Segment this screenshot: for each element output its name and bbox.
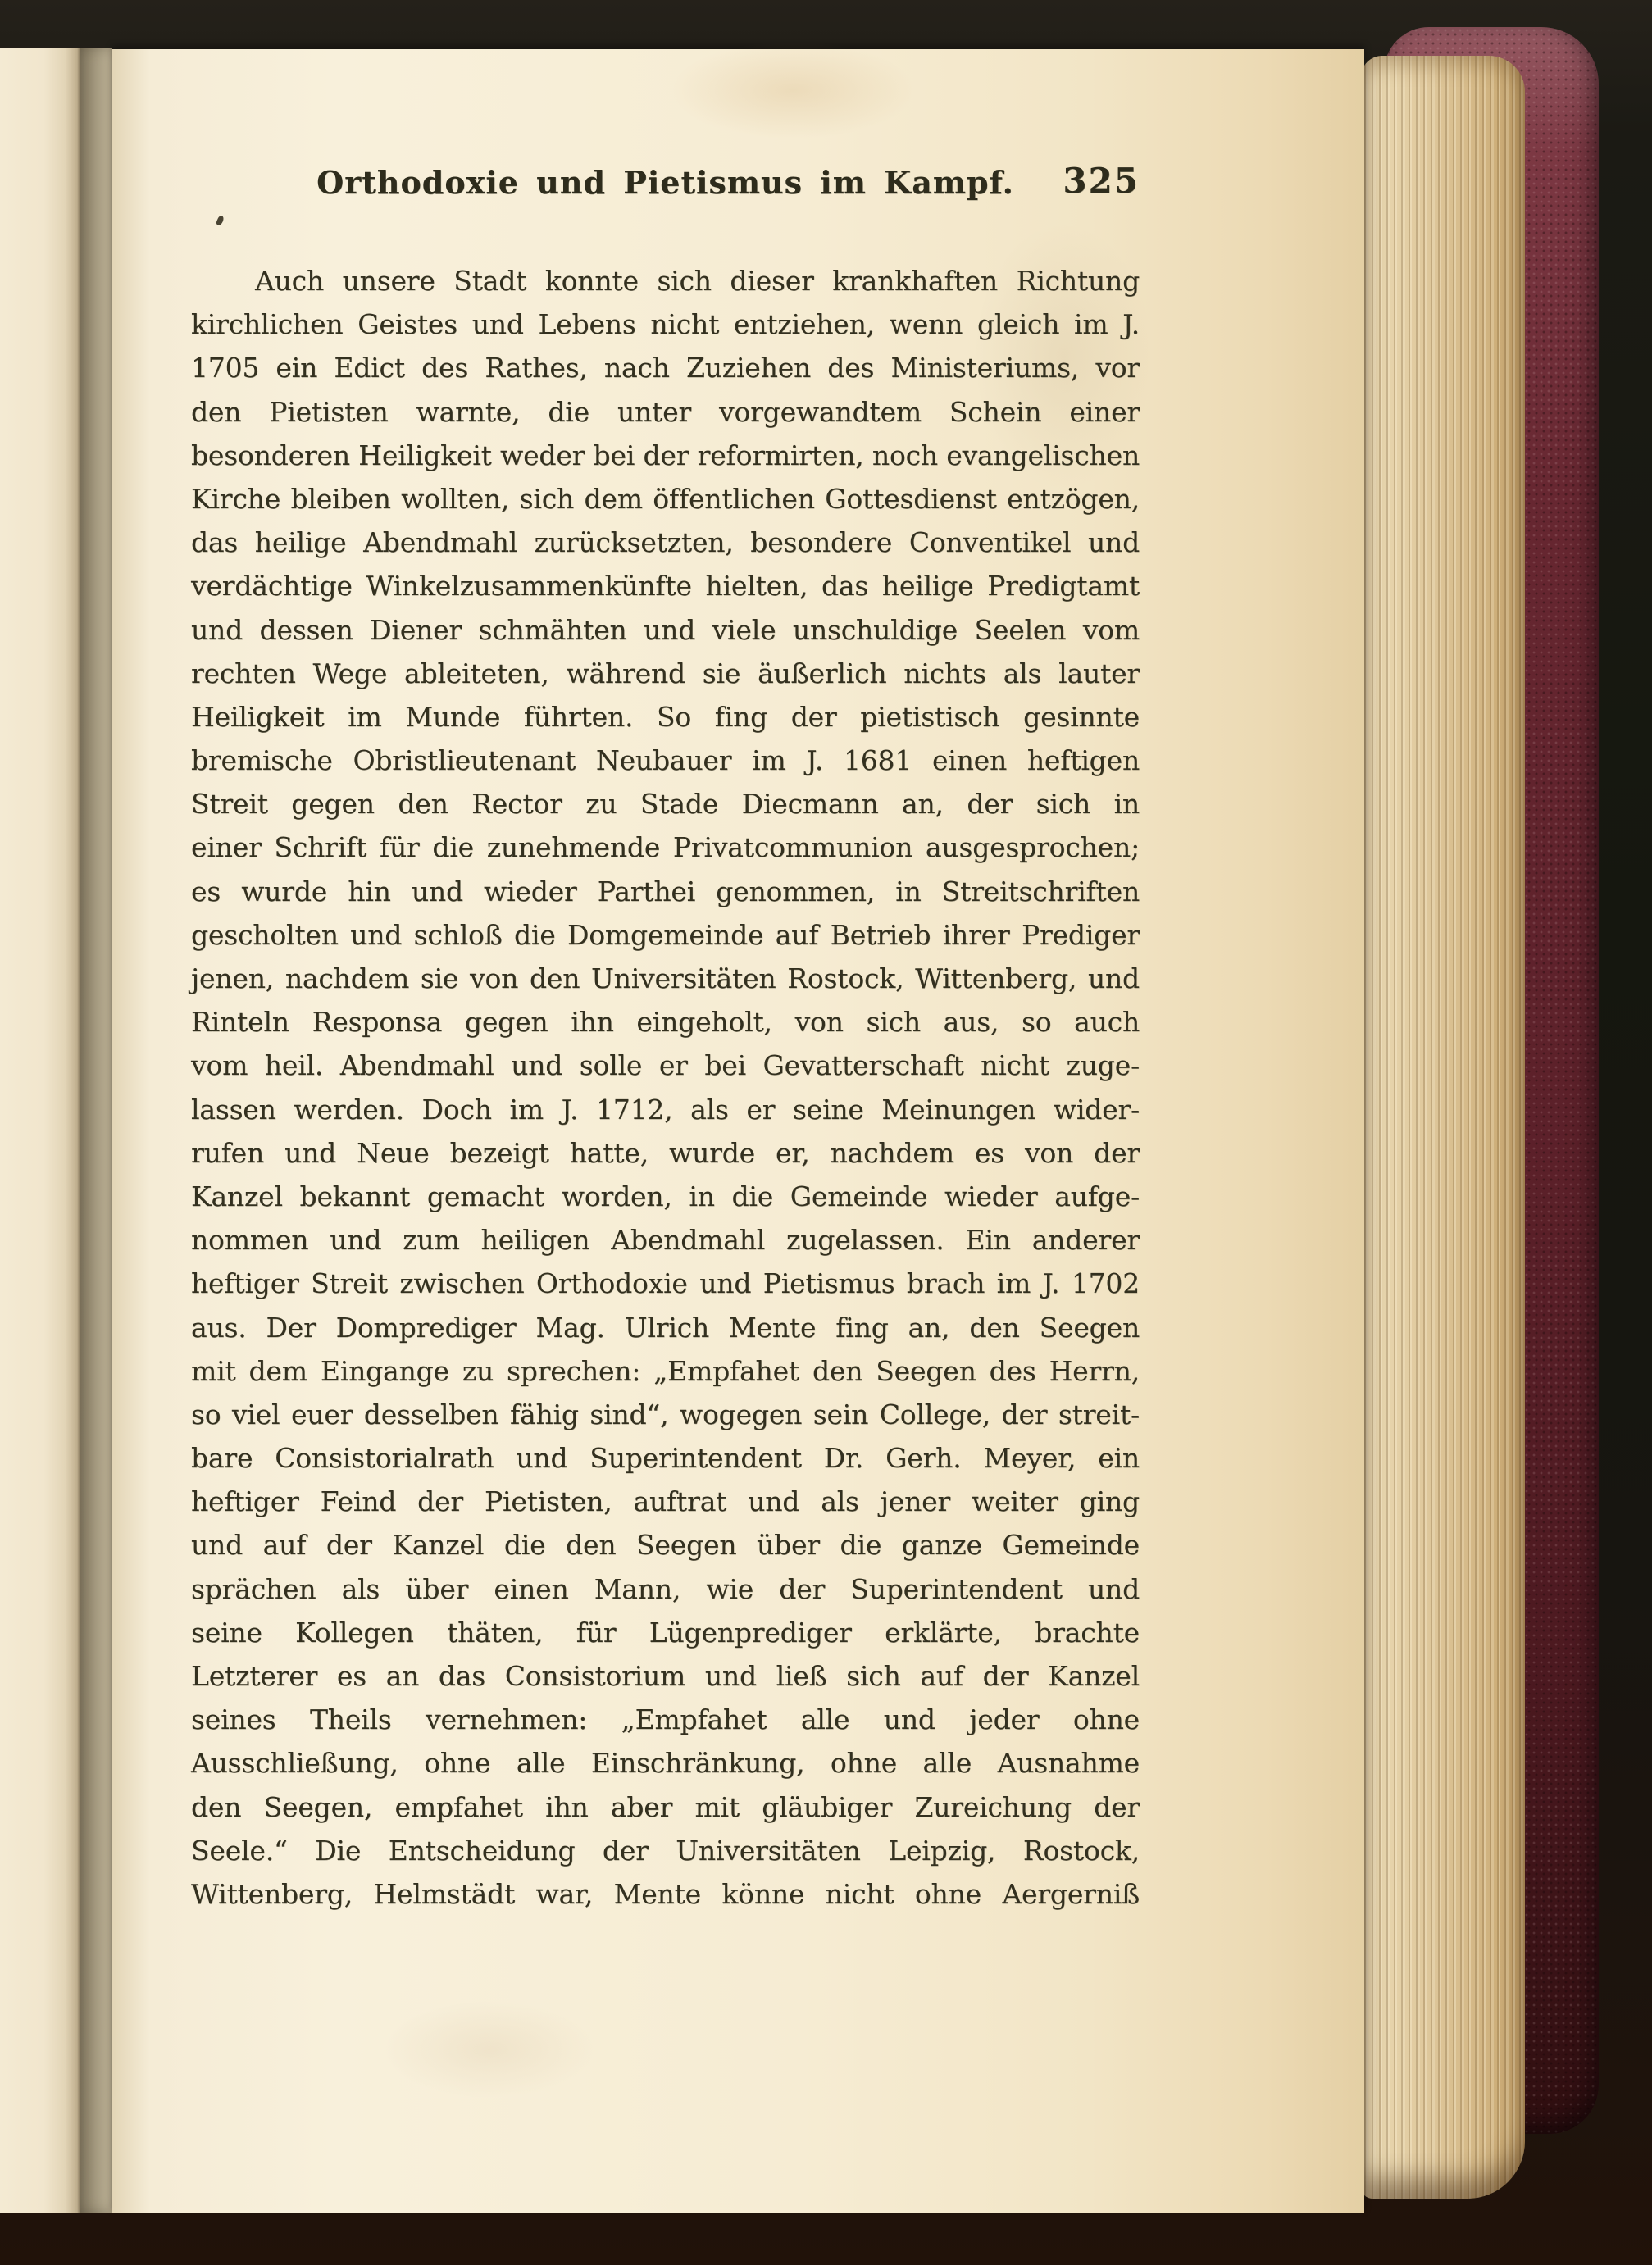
running-header: Orthodoxie und Pietismus im Kampf. 325 xyxy=(191,164,1140,213)
text-line: heftiger Feind der Pietisten, auftrat un… xyxy=(191,1480,1140,1523)
text-line: Rinteln Responsa gegen ihn eingeholt, vo… xyxy=(191,1000,1140,1044)
text-line: besonderen Heiligkeit weder bei der refo… xyxy=(191,434,1140,477)
text-line: seines Theils vernehmen: „Empfahet alle … xyxy=(191,1698,1140,1741)
text-line: Seele.“ Die Entscheidung der Universität… xyxy=(191,1829,1140,1872)
text-line: bremische Obristlieutenant Neubauer im J… xyxy=(191,739,1140,782)
running-header-title: Orthodoxie und Pietismus im Kampf. xyxy=(316,164,1014,201)
text-line: den Seegen, empfahet ihn aber mit gläubi… xyxy=(191,1785,1140,1829)
text-line: nommen und zum heiligen Abendmahl zugela… xyxy=(191,1218,1140,1262)
text-line: Streit gegen den Rector zu Stade Diecman… xyxy=(191,782,1140,825)
page-number: 325 xyxy=(1063,161,1140,201)
text-line: bare Consistorialrath und Superintendent… xyxy=(191,1436,1140,1480)
text-line: Kirche bleiben wollten, sich dem öffentl… xyxy=(191,477,1140,521)
book-page: Orthodoxie und Pietismus im Kampf. 325 A… xyxy=(112,49,1364,2213)
text-line: und dessen Diener schmähten und viele un… xyxy=(191,608,1140,652)
text-line: Auch unsere Stadt konnte sich dieser kra… xyxy=(191,259,1140,302)
text-line: und auf der Kanzel die den Seegen über d… xyxy=(191,1523,1140,1567)
gutter-shadow xyxy=(80,48,112,2213)
text-line: Letzterer es an das Consistorium und lie… xyxy=(191,1654,1140,1698)
text-line: Ausschließung, ohne alle Einschränkung, … xyxy=(191,1741,1140,1785)
text-line: den Pietisten warnte, die unter vorgewan… xyxy=(191,390,1140,434)
text-line: einer Schrift für die zunehmende Privatc… xyxy=(191,825,1140,869)
text-line: Heiligkeit im Munde führten. So fing der… xyxy=(191,695,1140,739)
text-line: rechten Wege ableiteten, während sie äuß… xyxy=(191,652,1140,695)
text-line: aus. Der Domprediger Mag. Ulrich Mente f… xyxy=(191,1306,1140,1349)
text-line: mit dem Eingange zu sprechen: „Empfahet … xyxy=(191,1349,1140,1393)
text-line: lassen werden. Doch im J. 1712, als er s… xyxy=(191,1088,1140,1131)
page-block-fore-edge xyxy=(1361,56,1525,2199)
text-line: Wittenberg, Helmstädt war, Mente könne n… xyxy=(191,1872,1140,1916)
paper-stain xyxy=(670,41,916,139)
text-line: vom heil. Abendmahl und solle er bei Gev… xyxy=(191,1044,1140,1087)
text-line: verdächtige Winkelzusammenkünfte hielten… xyxy=(191,564,1140,607)
facing-page-edge xyxy=(0,48,80,2213)
text-line: so viel euer desselben fähig sind“, woge… xyxy=(191,1393,1140,1436)
text-line: gescholten und schloß die Domgemeinde au… xyxy=(191,913,1140,957)
paper-stain xyxy=(383,2000,596,2099)
text-line: sprächen als über einen Mann, wie der Su… xyxy=(191,1567,1140,1611)
text-line: rufen und Neue bezeigt hatte, wurde er, … xyxy=(191,1131,1140,1175)
scanned-book-page: Orthodoxie und Pietismus im Kampf. 325 A… xyxy=(0,0,1652,2265)
body-text: Auch unsere Stadt konnte sich dieser kra… xyxy=(191,259,1140,1916)
text-line: 1705 ein Edict des Rathes, nach Zuziehen… xyxy=(191,346,1140,389)
text-line: das heilige Abendmahl zurücksetzten, bes… xyxy=(191,521,1140,564)
text-line: seine Kollegen thäten, für Lügenprediger… xyxy=(191,1611,1140,1654)
text-line: kirchlichen Geistes und Lebens nicht ent… xyxy=(191,302,1140,346)
text-line: Kanzel bekannt gemacht worden, in die Ge… xyxy=(191,1175,1140,1218)
text-block: Orthodoxie und Pietismus im Kampf. 325 A… xyxy=(191,164,1140,1916)
text-line: jenen, nachdem sie von den Universitäten… xyxy=(191,957,1140,1000)
text-line: heftiger Streit zwischen Orthodoxie und … xyxy=(191,1262,1140,1305)
text-line: es wurde hin und wieder Parthei genommen… xyxy=(191,870,1140,913)
